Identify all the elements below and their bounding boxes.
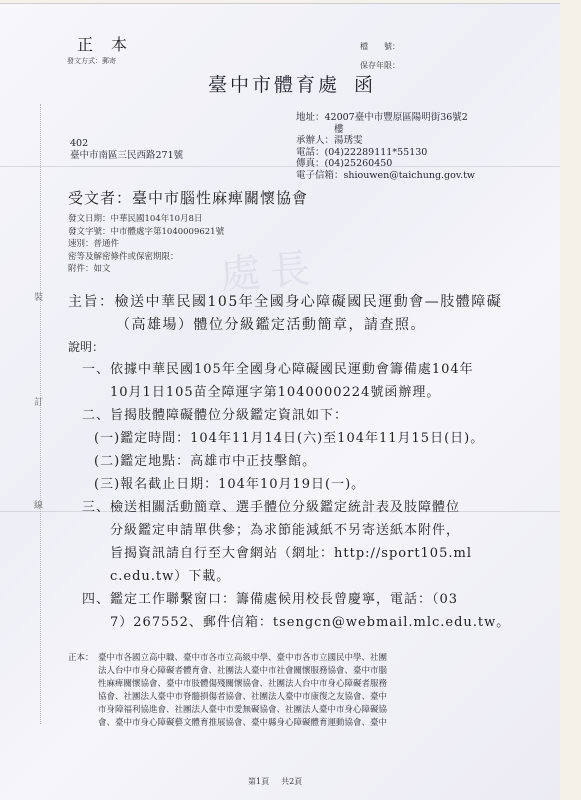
issue-date: 發文日期：中華民國104年10月8日 xyxy=(68,213,224,226)
attachment: 附件：如文 xyxy=(68,263,224,276)
item-2-sub-1: (一)鑑定時間：104年11月14日(六)至104年11月15日(日)。 xyxy=(82,427,510,450)
recipient: 受文者：臺中市腦性麻痺關懷協會 xyxy=(68,187,308,208)
item-2-sub-2: (二)鑑定地點：高雄市中正技擊館。 xyxy=(82,450,510,473)
document-page: 裝 訂 線 處長 正本 發文方式：郵寄 檔號： 保存年限： 臺中市體育處函 地址… xyxy=(0,3,560,800)
recipient-address: 402 臺中市南區三民西路271號 xyxy=(70,138,183,162)
item-2: 二、旨揭肢體障礙體位分級鑑定資訊如下： xyxy=(82,404,510,427)
item-3: 三、檢送相關活動簡章、選手體位分級鑑定統計表及肢障體位 xyxy=(82,496,510,519)
page-number: 第1頁共2頁 xyxy=(248,776,302,787)
binding-mark: 線 xyxy=(34,498,43,511)
street-address: 臺中市南區三民西路271號 xyxy=(70,150,183,162)
document-type: 函 xyxy=(354,74,376,96)
fax: 傳真：(04)25260450 xyxy=(296,158,475,170)
fold-line xyxy=(0,166,560,167)
document-meta: 發文日期：中華民國104年10月8日 發文字號：中市體處字第1040009621… xyxy=(68,213,224,276)
sender-contact: 地址：42007臺中市豐原區陽明街36號2 樓 承辦人：湯琇雯 電話：(04)2… xyxy=(296,112,475,181)
distribution-list: 正本：臺中市各國立高中職、臺中市各市立高級中學、臺中市各市立國民中學、社團 法人… xyxy=(68,652,387,730)
item-1: 一、依據中華民國105年全國身心障礙國民運動會籌備處104年 xyxy=(82,358,510,381)
handler: 承辦人：湯琇雯 xyxy=(296,135,475,147)
subject: 主旨：檢送中華民國105年全國身心障礙國民運動會—肢體障礙 （高雄場）體位分級鑑… xyxy=(68,291,502,337)
doc-number: 發文字號：中市體處字第1040009621號 xyxy=(68,226,224,239)
item-4: 四、鑑定工作聯繫窗口：籌備處候用校長曾慶寧，電話：（03 xyxy=(82,588,510,611)
confidentiality: 密等及解密條件或保密期限： xyxy=(68,251,224,264)
binding-line xyxy=(40,104,41,724)
issuing-organization: 臺中市體育處 xyxy=(208,74,340,96)
binding-mark: 訂 xyxy=(34,395,43,408)
distribution-label: 正本： xyxy=(68,652,98,665)
copy-mark: 正本 xyxy=(77,32,145,55)
file-number: 檔號： xyxy=(360,41,400,52)
postal-code: 402 xyxy=(70,138,183,150)
priority: 速別：普通件 xyxy=(68,238,224,251)
sender-address: 地址：42007臺中市豐原區陽明街36號2 xyxy=(296,112,475,124)
sender-address-cont: 樓 xyxy=(296,124,475,136)
item-2-sub-3: (三)報名截止日期：104年10月19日(一)。 xyxy=(82,473,510,496)
document-title: 臺中市體育處函 xyxy=(208,70,376,97)
explanation-label: 說明： xyxy=(68,338,104,355)
phone: 電話：(04)22289111*55130 xyxy=(296,147,475,159)
send-method: 發文方式：郵寄 xyxy=(67,56,116,66)
email: 電子信箱：shiouwen@taichung.gov.tw xyxy=(296,170,475,182)
binding-mark: 裝 xyxy=(34,290,43,303)
explanation-items: 一、依據中華民國105年全國身心障礙國民運動會籌備處104年 10月1日105苗… xyxy=(82,358,510,634)
